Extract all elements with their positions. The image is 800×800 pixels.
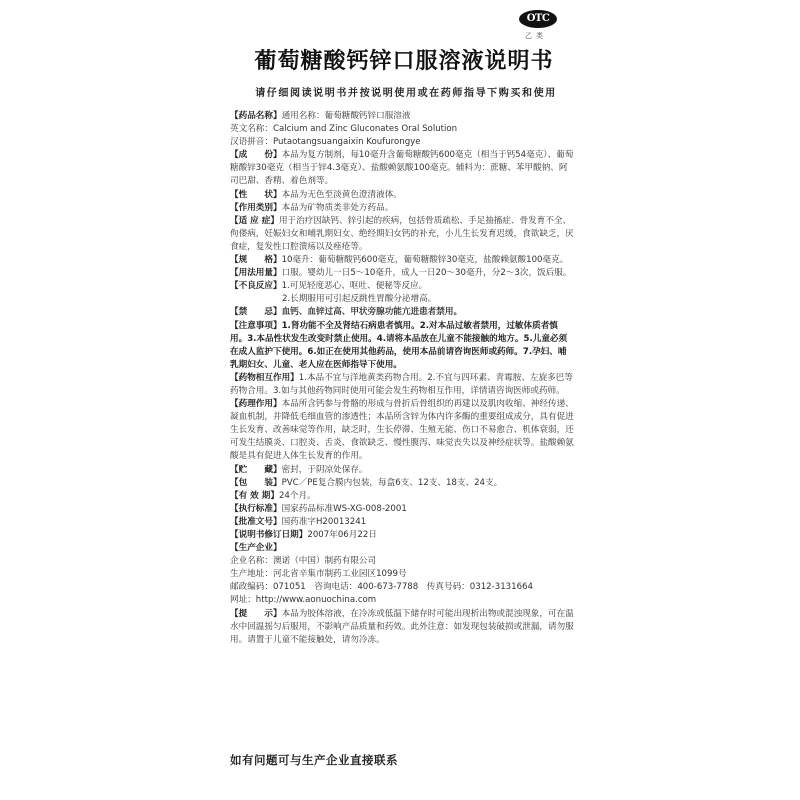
section-label: 【包 装】	[230, 478, 282, 488]
document-title: 葡萄糖酸钙锌口服溶液说明书	[224, 44, 584, 75]
section-text: 国药准字H20013241	[282, 517, 367, 527]
section-text: PVC／PE复合膜内包装，每盒6支、12支、18支、24支。	[282, 478, 503, 488]
section-text: 本品为矿物质类非处方药品。	[282, 203, 394, 213]
section-label: 【成 份】	[230, 150, 282, 160]
company-website: 网址：http://www.aonuochina.com	[230, 594, 575, 607]
section-label: 【性 状】	[230, 190, 282, 200]
section-text: 24个月。	[279, 491, 316, 501]
section-label: 【规 格】	[230, 255, 282, 265]
section-label: 【批准文号】	[230, 517, 282, 527]
company-address: 生产地址：河北省辛集市制药工业园区1099号	[230, 568, 575, 581]
section-label: 【注意事项】	[230, 321, 282, 331]
section-text: 口服。婴幼儿一日5～10毫升，成人一日20～30毫升，分2～3次，饭后服。	[282, 268, 572, 278]
document-subtitle: 请仔细阅读说明书并按说明使用或在药师指导下购买和使用	[226, 84, 586, 99]
section-appearance: 【性 状】本品为无色至淡黄色澄清液体。	[230, 189, 575, 202]
section-ingredients: 【成 份】本品为复方制剂，每10毫升含葡萄糖酸钙600毫克（相当于钙54毫克）、…	[230, 149, 575, 188]
section-label: 【作用类别】	[230, 203, 282, 213]
section-text: 10毫升：葡萄糖酸钙600毫克，葡萄糖酸锌30毫克，盐酸赖氨酸100毫克。	[282, 255, 569, 265]
section-interactions: 【药物相互作用】1.本品不宜与洋地黄类药物合用。2.不宜与四环素、青霉胺、左旋多…	[230, 372, 575, 398]
section-text: 2007年06月22日	[307, 530, 377, 540]
section-text: 本品为胶体溶液，在冷冻或低温下储存时可能出现析出物或混浊现象，可在温水中回温摇匀…	[230, 609, 574, 645]
section-label: 【贮 藏】	[230, 465, 282, 475]
adverse-item-1: 1.可见轻度恶心、呕吐、便秘等反应。	[282, 281, 428, 291]
otc-badge: OTC	[519, 10, 557, 28]
generic-name: 通用名称：葡萄糖酸钙锌口服溶液	[282, 111, 411, 121]
company-name: 企业名称：澳诺（中国）制药有限公司	[230, 555, 575, 568]
section-category: 【作用类别】本品为矿物质类非处方药品。	[230, 202, 575, 215]
section-label: 【禁 忌】	[230, 307, 282, 317]
section-label: 【用法用量】	[230, 268, 282, 278]
contact-manufacturer-note: 如有问题可与生产企业直接联系	[230, 752, 398, 768]
section-manufacturer: 【生产企业】 企业名称：澳诺（中国）制药有限公司 生产地址：河北省辛集市制药工业…	[230, 542, 575, 607]
section-label: 【生产企业】	[230, 542, 575, 555]
section-text: 血钙、血锌过高、甲状旁腺功能亢进患者禁用。	[282, 307, 462, 317]
section-validity: 【有 效 期】24个月。	[230, 490, 575, 503]
otc-category-label: 乙类	[525, 31, 547, 41]
section-approval: 【批准文号】国药准字H20013241	[230, 516, 575, 529]
section-label: 【药物相互作用】	[230, 373, 299, 383]
section-strength: 【规 格】10毫升：葡萄糖酸钙600毫克，葡萄糖酸锌30毫克，盐酸赖氨酸100毫…	[230, 254, 575, 267]
pinyin-name: 汉语拼音：Putaotangsuangaixin Koufurongye	[230, 136, 575, 149]
section-text: 密封，于阴凉处保存。	[282, 465, 368, 475]
section-label: 【药品名称】	[230, 111, 282, 121]
section-label: 【提 示】	[230, 609, 282, 619]
english-name: 英文名称：Calcium and Zinc Gluconates Oral So…	[230, 123, 575, 136]
section-adverse-reactions: 【不良反应】1.可见轻度恶心、呕吐、便秘等反应。 2.长期服用可引起反跳性胃酸分…	[230, 280, 575, 306]
adverse-item-2: 2.长期服用可引起反跳性胃酸分泌增高。	[230, 293, 575, 306]
section-indications: 【适 应 症】用于治疗因缺钙、锌引起的疾病，包括骨质疏松、手足抽搐症、骨发育不全…	[230, 215, 575, 254]
section-label: 【执行标准】	[230, 504, 282, 514]
section-standard: 【执行标准】国家药品标准WS-XG-008-2001	[230, 503, 575, 516]
section-precautions: 【注意事项】1.肾功能不全及肾结石病患者慎用。2.对本品过敏者禁用，过敏体质者慎…	[230, 320, 575, 372]
section-text: 用于治疗因缺钙、锌引起的疾病，包括骨质疏松、手足抽搐症、骨发育不全、佝偻病，妊娠…	[230, 216, 574, 252]
section-text: 国家药品标准WS-XG-008-2001	[282, 504, 407, 514]
section-label: 【不良反应】	[230, 281, 282, 291]
section-text: 本品所含钙参与骨骼的形成与骨折后骨组织的再建以及肌肉收缩、神经传递、凝血机制，并…	[230, 399, 574, 461]
section-revision-date: 【说明书修订日期】2007年06月22日	[230, 529, 575, 542]
section-label: 【说明书修订日期】	[230, 530, 307, 540]
section-label: 【药理作用】	[230, 399, 282, 409]
section-drug-name: 【药品名称】通用名称：葡萄糖酸钙锌口服溶液 英文名称：Calcium and Z…	[230, 110, 575, 149]
section-pharmacology: 【药理作用】本品所含钙参与骨骼的形成与骨折后骨组织的再建以及肌肉收缩、神经传递、…	[230, 398, 575, 463]
insert-body: 【药品名称】通用名称：葡萄糖酸钙锌口服溶液 英文名称：Calcium and Z…	[230, 110, 575, 647]
section-text: 本品为无色至淡黄色澄清液体。	[282, 190, 402, 200]
section-note: 【提 示】本品为胶体溶液，在冷冻或低温下储存时可能出现析出物或混浊现象，可在温水…	[230, 608, 575, 647]
section-label: 【有 效 期】	[230, 491, 279, 501]
section-label: 【适 应 症】	[230, 216, 279, 226]
section-contraindications: 【禁 忌】血钙、血锌过高、甲状旁腺功能亢进患者禁用。	[230, 306, 575, 319]
section-dosage: 【用法用量】口服。婴幼儿一日5～10毫升，成人一日20～30毫升，分2～3次，饭…	[230, 267, 575, 280]
section-package: 【包 装】PVC／PE复合膜内包装，每盒6支、12支、18支、24支。	[230, 477, 575, 490]
company-contact: 邮政编码：071051 咨询电话：400-673-7788 传真号码：0312-…	[230, 581, 575, 594]
section-storage: 【贮 藏】密封，于阴凉处保存。	[230, 464, 575, 477]
section-text: 本品为复方制剂，每10毫升含葡萄糖酸钙600毫克（相当于钙54毫克）、葡萄糖酸锌…	[230, 150, 573, 186]
